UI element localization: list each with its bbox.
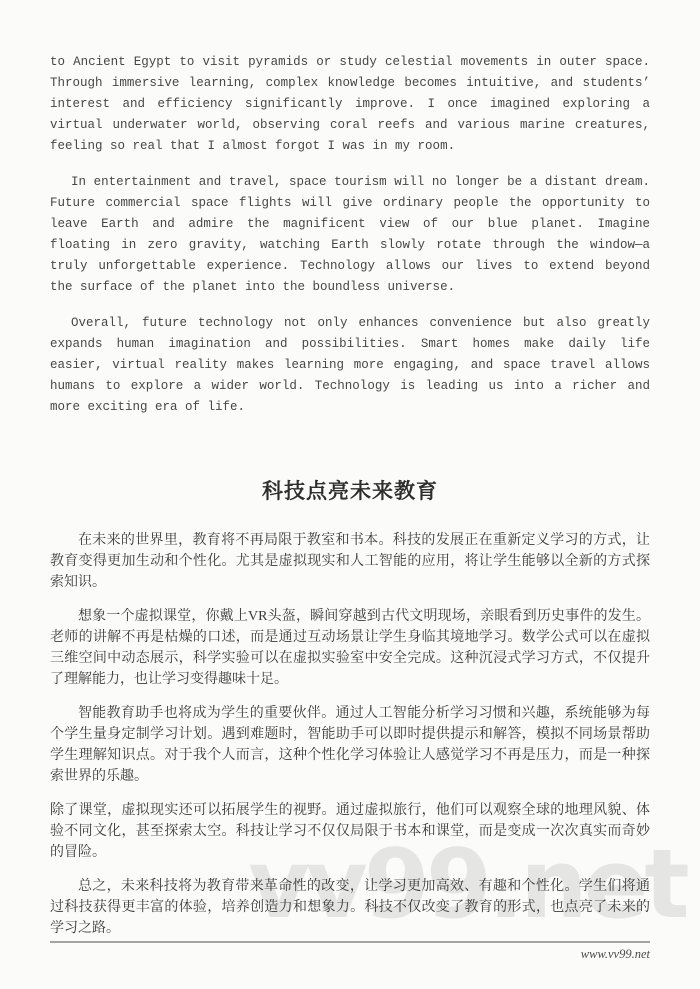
page-footer: www.vv99.net xyxy=(50,941,650,962)
chinese-paragraph-virtual-travel: 除了课堂，虚拟现实还可以拓展学生的视野。通过虚拟旅行，他们可以观察全球的地理风貌… xyxy=(50,800,650,863)
english-paragraph-entertainment-travel: In entertainment and travel, space touri… xyxy=(50,172,650,298)
chinese-paragraph-conclusion: 总之，未来科技将为教育带来革命性的改变，让学习更加高效、有趣和个性化。学生们将通… xyxy=(50,876,650,939)
footer-divider xyxy=(50,941,650,943)
english-essay-section: to Ancient Egypt to visit pyramids or st… xyxy=(50,52,650,418)
english-paragraph-conclusion: Overall, future technology not only enha… xyxy=(50,313,650,418)
english-paragraph-continuation: to Ancient Egypt to visit pyramids or st… xyxy=(50,52,650,157)
chinese-paragraph-virtual-classroom: 想象一个虚拟课堂，你戴上VR头盔，瞬间穿越到古代文明现场，亲眼看到历史事件的发生… xyxy=(50,606,650,690)
chinese-paragraph-intro: 在未来的世界里，教育将不再局限于教室和书本。科技的发展正在重新定义学习的方式，让… xyxy=(50,530,650,593)
chinese-paragraph-ai-assistant: 智能教育助手也将成为学生的重要伙伴。通过人工智能分析学习习惯和兴趣，系统能够为每… xyxy=(50,703,650,787)
scanned-document-page: vv99.net to Ancient Egypt to visit pyram… xyxy=(0,0,700,989)
chinese-essay-section: 在未来的世界里，教育将不再局限于教室和书本。科技的发展正在重新定义学习的方式，让… xyxy=(50,530,650,939)
page-content: to Ancient Egypt to visit pyramids or st… xyxy=(0,0,700,939)
footer-url: www.vv99.net xyxy=(50,947,650,962)
essay-title: 科技点亮未来教育 xyxy=(50,477,650,507)
